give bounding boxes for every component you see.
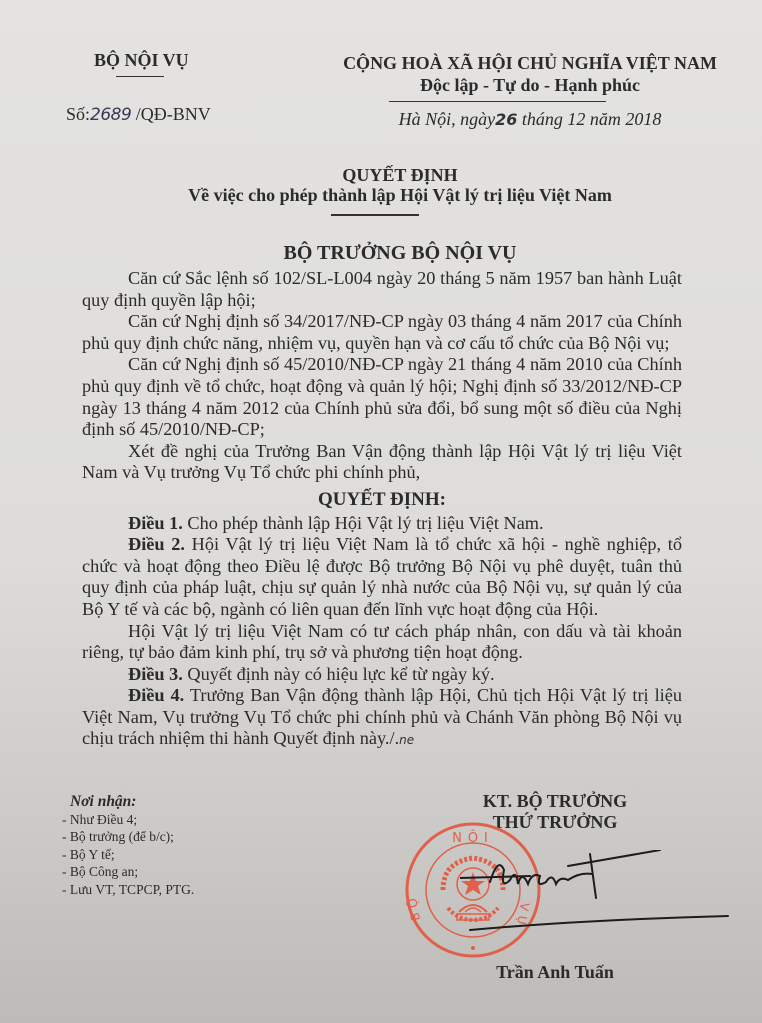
issuer-title: BỘ TRƯỞNG BỘ NỘI VỤ <box>100 242 700 265</box>
recipient-item: - Bộ Y tế; <box>62 846 194 864</box>
issuing-agency: BỘ NỘI VỤ <box>94 50 189 71</box>
article-label: Điều 2. <box>128 534 185 554</box>
seal-text-left: BỘ <box>403 892 423 922</box>
seal-text-top: NỘI <box>452 830 494 846</box>
national-motto: Độc lập - Tự do - Hạnh phúc <box>300 75 760 96</box>
article-label: Điều 3. <box>128 664 183 684</box>
document-subject: Về việc cho phép thành lập Hội Vật lý tr… <box>100 185 700 206</box>
preamble-item: Căn cứ Sắc lệnh số 102/SL-L004 ngày 20 t… <box>82 268 682 311</box>
closing-handwritten-mark: ne <box>399 733 414 747</box>
doc-number-suffix: /QĐ-BNV <box>131 104 211 124</box>
recipient-item: - Lưu VT, TCPCP, PTG. <box>62 881 194 899</box>
preamble-item: Căn cứ Nghị định số 34/2017/NĐ-CP ngày 0… <box>82 311 682 354</box>
article-4: Điều 4. Trưởng Ban Vận động thành lập Hộ… <box>82 685 682 752</box>
agency-underline <box>116 76 164 77</box>
doc-number-handwritten: 2689 <box>90 105 131 125</box>
decision-heading: QUYẾT ĐỊNH: <box>82 489 682 511</box>
article-text: Hội Vật lý trị liệu Việt Nam có tư cách … <box>82 621 682 663</box>
document-title: QUYẾT ĐỊNH <box>100 165 700 186</box>
motto-underline <box>389 101 606 102</box>
decision-document: BỘ NỘI VỤ Số:2689 /QĐ-BNV CỘNG HOÀ XÃ HỘ… <box>0 0 762 1023</box>
article-text: Cho phép thành lập Hội Vật lý trị liệu V… <box>183 513 544 533</box>
article-2-paragraph: Hội Vật lý trị liệu Việt Nam có tư cách … <box>82 621 682 664</box>
signer-name: Trần Anh Tuấn <box>430 962 680 983</box>
date-day-handwritten: 26 <box>495 110 517 129</box>
date-prefix: Hà Nội, ngày <box>399 109 496 129</box>
handwritten-signature-icon <box>460 850 730 950</box>
date-suffix: tháng 12 năm 2018 <box>522 109 662 129</box>
recipient-item: - Bộ Công an; <box>62 863 194 881</box>
recipients-list: Nơi nhận: - Như Điều 4; - Bộ trưởng (để … <box>62 793 194 898</box>
article-label: Điều 1. <box>128 513 183 533</box>
document-number: Số:2689 /QĐ-BNV <box>66 104 211 125</box>
national-title: CỘNG HOÀ XÃ HỘI CHỦ NGHĨA VIỆT NAM <box>300 53 760 74</box>
article-2: Điều 2. Hội Vật lý trị liệu Việt Nam là … <box>82 534 682 620</box>
article-label: Điều 4. <box>128 685 184 705</box>
place-date: Hà Nội, ngày26 tháng 12 năm 2018 <box>300 109 760 130</box>
document-body: Căn cứ Sắc lệnh số 102/SL-L004 ngày 20 t… <box>82 268 682 752</box>
article-text: Quyết định này có hiệu lực kể từ ngày ký… <box>183 664 495 684</box>
article-1: Điều 1. Cho phép thành lập Hội Vật lý tr… <box>82 513 682 535</box>
preamble-item: Căn cứ Nghị định số 45/2010/NĐ-CP ngày 2… <box>82 354 682 440</box>
title-rule <box>331 214 419 216</box>
recipient-item: - Như Điều 4; <box>62 811 194 829</box>
doc-number-prefix: Số: <box>66 104 90 124</box>
signer-authority: KT. BỘ TRƯỞNG <box>430 791 680 812</box>
recipient-item: - Bộ trưởng (để b/c); <box>62 828 194 846</box>
recipients-heading: Nơi nhận: <box>70 793 194 811</box>
article-3: Điều 3. Quyết định này có hiệu lực kể từ… <box>82 664 682 686</box>
preamble-item: Xét đề nghị của Trưởng Ban Vận động thàn… <box>82 441 682 484</box>
